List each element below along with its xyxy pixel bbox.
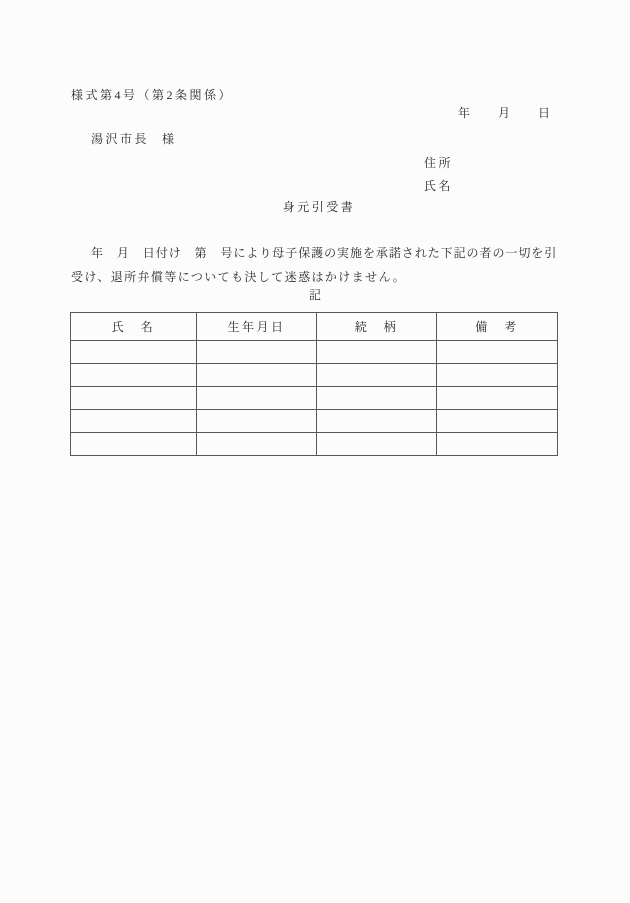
table-cell	[71, 433, 197, 456]
table-cell	[437, 433, 558, 456]
date-line: 年 月 日	[458, 106, 550, 120]
form-number: 様式第4号（第2条関係）	[71, 88, 233, 102]
header-name: 氏 名	[71, 313, 197, 341]
table-cell	[197, 341, 317, 364]
date-month-label: 月	[498, 106, 510, 120]
table-cell	[317, 433, 437, 456]
header-birthdate: 生年月日	[197, 313, 317, 341]
table-cell	[317, 364, 437, 387]
table-cell	[197, 387, 317, 410]
header-remarks: 備 考	[437, 313, 558, 341]
table-cell	[71, 341, 197, 364]
table-cell	[437, 387, 558, 410]
date-day-label: 日	[538, 106, 550, 120]
addressee-name: 湯沢市長	[91, 132, 149, 146]
body-paragraph-line2: 受け、退所弁償等についても決して迷惑はかけません。	[71, 270, 406, 284]
table-row	[71, 433, 558, 456]
addressee-line: 湯沢市長 様	[91, 132, 177, 146]
list-marker: 記	[0, 288, 630, 302]
table-row	[71, 387, 558, 410]
table-cell	[437, 410, 558, 433]
table-cell	[317, 410, 437, 433]
table-cell	[317, 387, 437, 410]
table-cell	[197, 410, 317, 433]
header-relationship: 続 柄	[317, 313, 437, 341]
signature-name-label: 氏名	[424, 179, 453, 193]
table-cell	[71, 410, 197, 433]
table-row	[71, 341, 558, 364]
table-cell	[317, 341, 437, 364]
document-title: 身元引受書	[8, 200, 630, 214]
table-cell	[71, 364, 197, 387]
table-cell	[71, 387, 197, 410]
signature-address-label: 住所	[424, 156, 453, 170]
table-cell	[197, 364, 317, 387]
table-cell	[197, 433, 317, 456]
table-cell	[437, 364, 558, 387]
document-page: 様式第4号（第2条関係） 年 月 日 湯沢市長 様 住所 氏名 身元引受書 年 …	[0, 0, 630, 903]
table-row	[71, 410, 558, 433]
date-year-label: 年	[458, 106, 470, 120]
roster-table: 氏 名 生年月日 続 柄 備 考	[70, 312, 558, 456]
table-row	[71, 364, 558, 387]
table-header-row: 氏 名 生年月日 続 柄 備 考	[71, 313, 558, 341]
addressee-honorific: 様	[162, 132, 177, 146]
table-cell	[437, 341, 558, 364]
body-paragraph-line1: 年 月 日付け 第 号により母子保護の実施を承諾された下記の者の一切を引	[91, 246, 557, 260]
